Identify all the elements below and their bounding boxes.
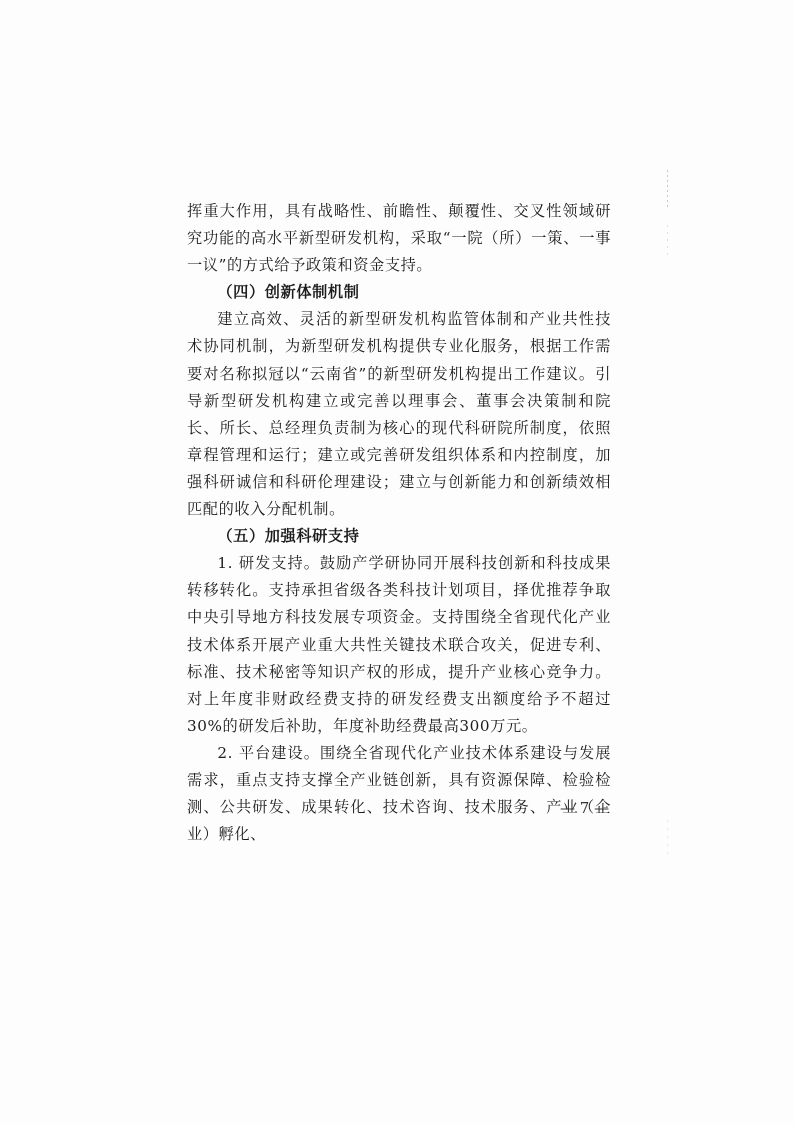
scan-artifact <box>667 225 668 255</box>
paragraph-platform-construction: 2. 平台建设。围绕全省现代化产业技术体系建设与发展需求，重点支持支撑全产业链创… <box>187 740 611 848</box>
paragraph-rd-support: 1. 研发支持。鼓励产学研协同开展科技创新和科技成果转移转化。支持承担省级各类科… <box>187 550 611 740</box>
paragraph-innovation-mechanism: 建立高效、灵活的新型研发机构监管体制和产业共性技术协同机制，为新型研发机构提供专… <box>187 306 611 523</box>
paragraph-continuation: 挥重大作用，具有战略性、前瞻性、颠覆性、交叉性领域研究功能的高水平新型研发机构，… <box>187 198 611 279</box>
document-body: 挥重大作用，具有战略性、前瞻性、颠覆性、交叉性领域研究功能的高水平新型研发机构，… <box>187 198 611 848</box>
page-number: — 7 — <box>560 799 609 817</box>
document-page: 挥重大作用，具有战略性、前瞻性、颠覆性、交叉性领域研究功能的高水平新型研发机构，… <box>0 0 794 1123</box>
section-heading-5: （五）加强科研支持 <box>187 523 611 550</box>
scan-artifact <box>667 170 668 210</box>
scan-artifact <box>667 820 668 860</box>
section-heading-4: （四）创新体制机制 <box>187 279 611 306</box>
